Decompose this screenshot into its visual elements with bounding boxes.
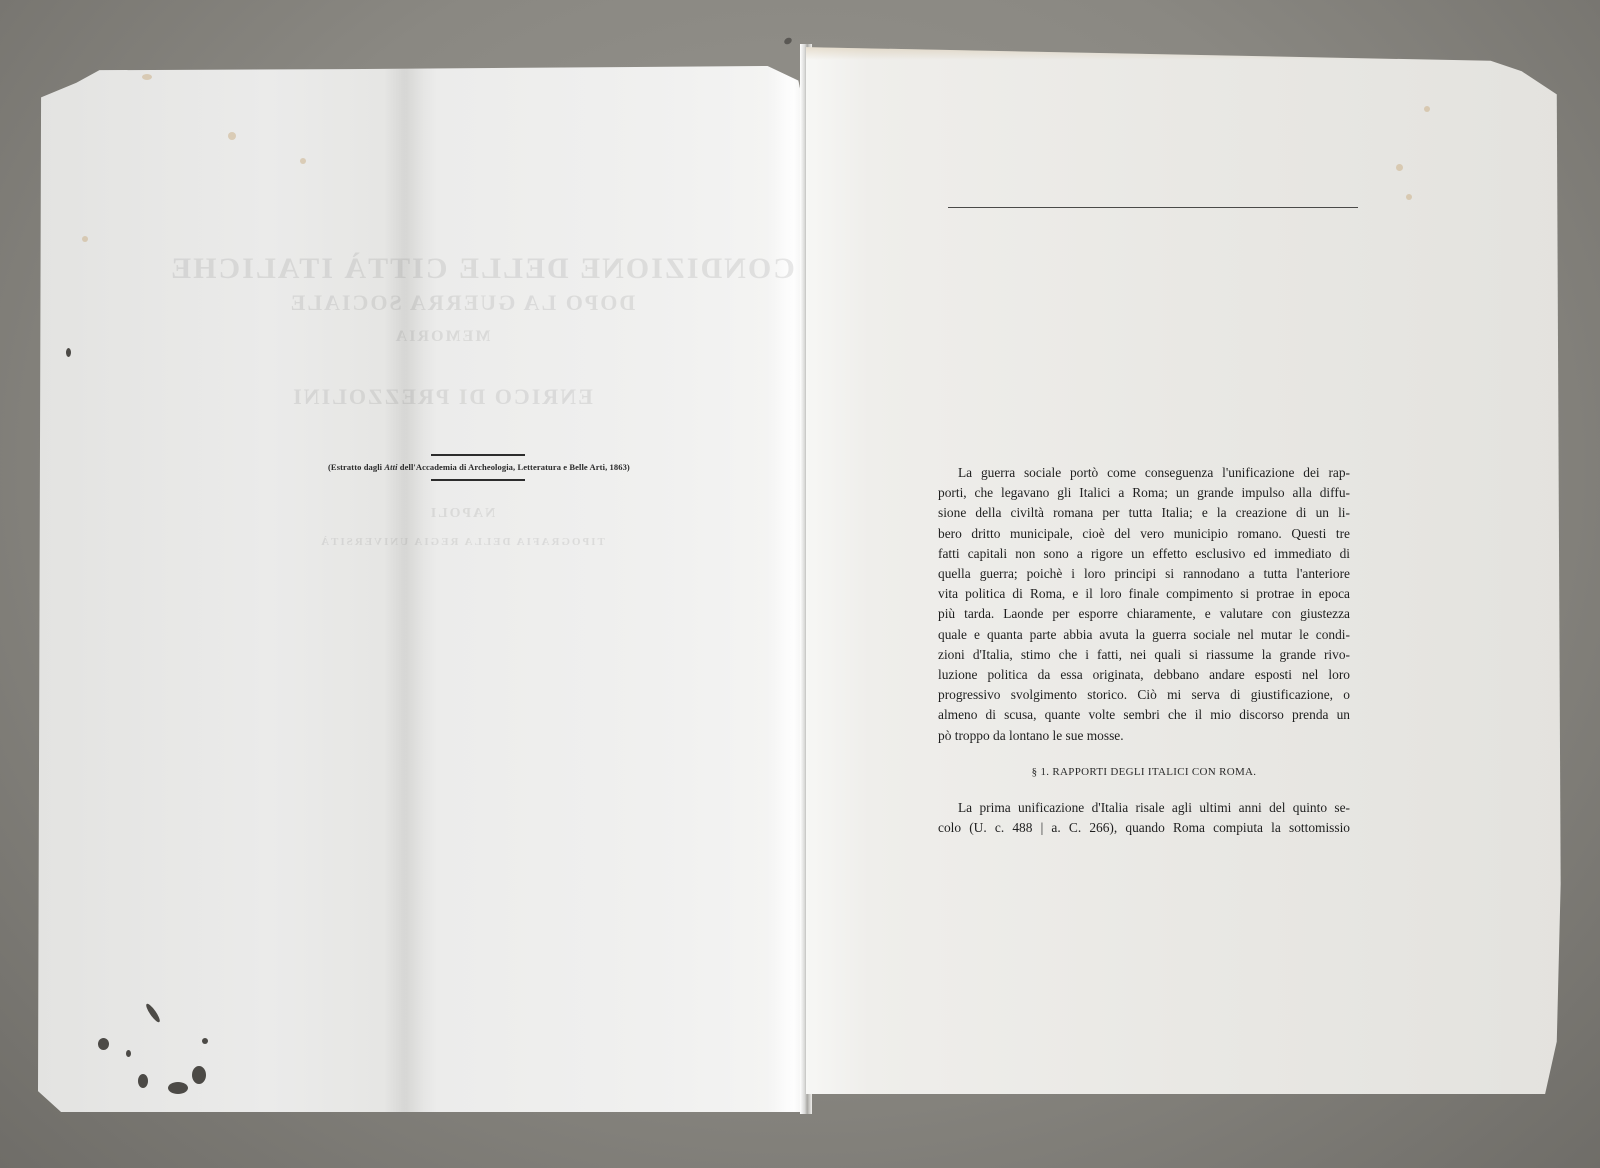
damage-spot [168, 1082, 188, 1094]
text-line: La guerra sociale portò come conseguenza… [938, 463, 1350, 483]
binding-hole [783, 36, 793, 45]
foxing-spot [1424, 106, 1430, 112]
foxing-spot [228, 132, 236, 140]
show-through-title-line: CONDIZIONE DELLE CITTÀ ITALICHE [98, 252, 866, 286]
section-heading: § 1. RAPPORTI DEGLI ITALICI CON ROMA. [938, 762, 1350, 782]
text-line: porti, che legavano gli Italici a Roma; … [938, 483, 1350, 503]
show-through-title-line: TIPOGRAFIA DELLA REGIA UNIVERSITÀ [78, 536, 846, 548]
text-line: almeno di scusa, quante volte sembri che… [938, 705, 1350, 725]
header-rule [948, 207, 1358, 208]
text-line: colo (U. c. 488 | a. C. 266), quando Rom… [938, 818, 1350, 838]
edge-discoloration [806, 44, 1584, 60]
text-line: pò troppo da lontano le sue mosse. [938, 726, 1350, 746]
damage-spot [98, 1038, 109, 1050]
fold-crease [384, 66, 424, 1112]
text-line: sione della civiltà romana per tutta Ita… [938, 503, 1350, 523]
text-line: progressivo svolgimento storico. Ciò mi … [938, 685, 1350, 705]
body-text: La guerra sociale portò come conseguenza… [938, 463, 1350, 838]
show-through-title-line: DOPO LA GUERRA SOCIALE [78, 290, 846, 316]
show-through-title-line: NAPOLI [78, 506, 846, 522]
foxing-spot [142, 74, 152, 80]
damage-spot [192, 1066, 206, 1084]
damage-spot [138, 1074, 148, 1088]
text-line: fatti capitali non sono a rigore un effe… [938, 544, 1350, 564]
damage-spot [126, 1050, 131, 1057]
text-line: luzione politica da essa originata, debb… [938, 665, 1350, 685]
text-line: La prima unificazione d'Italia risale ag… [938, 798, 1350, 818]
imprint-text: (Estratto dagli Atti dell'Accademia di A… [328, 462, 628, 472]
show-through-title-line: ENRICO DI PREZZOLINI [58, 384, 826, 410]
foxing-spot [1396, 164, 1403, 171]
damage-spot [66, 348, 71, 357]
text-line: quella guerra; poichè i loro principi si… [938, 564, 1350, 584]
text-line: quale e quanta parte abbia avuta la guer… [938, 625, 1350, 645]
text-line: più tarda. Laonde per esporre chiarament… [938, 604, 1350, 624]
text-line: vita politica di Roma, e il loro finale … [938, 584, 1350, 604]
imprint-note: (Estratto dagli Atti dell'Accademia di A… [328, 454, 628, 481]
text-line: zioni d'Italia, stimo che i fatti, nei q… [938, 645, 1350, 665]
foxing-spot [300, 158, 306, 164]
text-line: bero dritto municipale, cioè del vero mu… [938, 524, 1350, 544]
rule-above [431, 454, 525, 456]
right-page: La guerra sociale portò come conseguenza… [806, 44, 1584, 1094]
foxing-spot [82, 236, 88, 242]
foxing-spot [1406, 194, 1412, 200]
left-page: CONDIZIONE DELLE CITTÀ ITALICHE DOPO LA … [38, 66, 806, 1112]
rule-below [431, 479, 525, 481]
damage-spot [202, 1038, 208, 1044]
show-through-title-line: MEMORIA [58, 328, 826, 346]
damage-spot [144, 1002, 162, 1023]
